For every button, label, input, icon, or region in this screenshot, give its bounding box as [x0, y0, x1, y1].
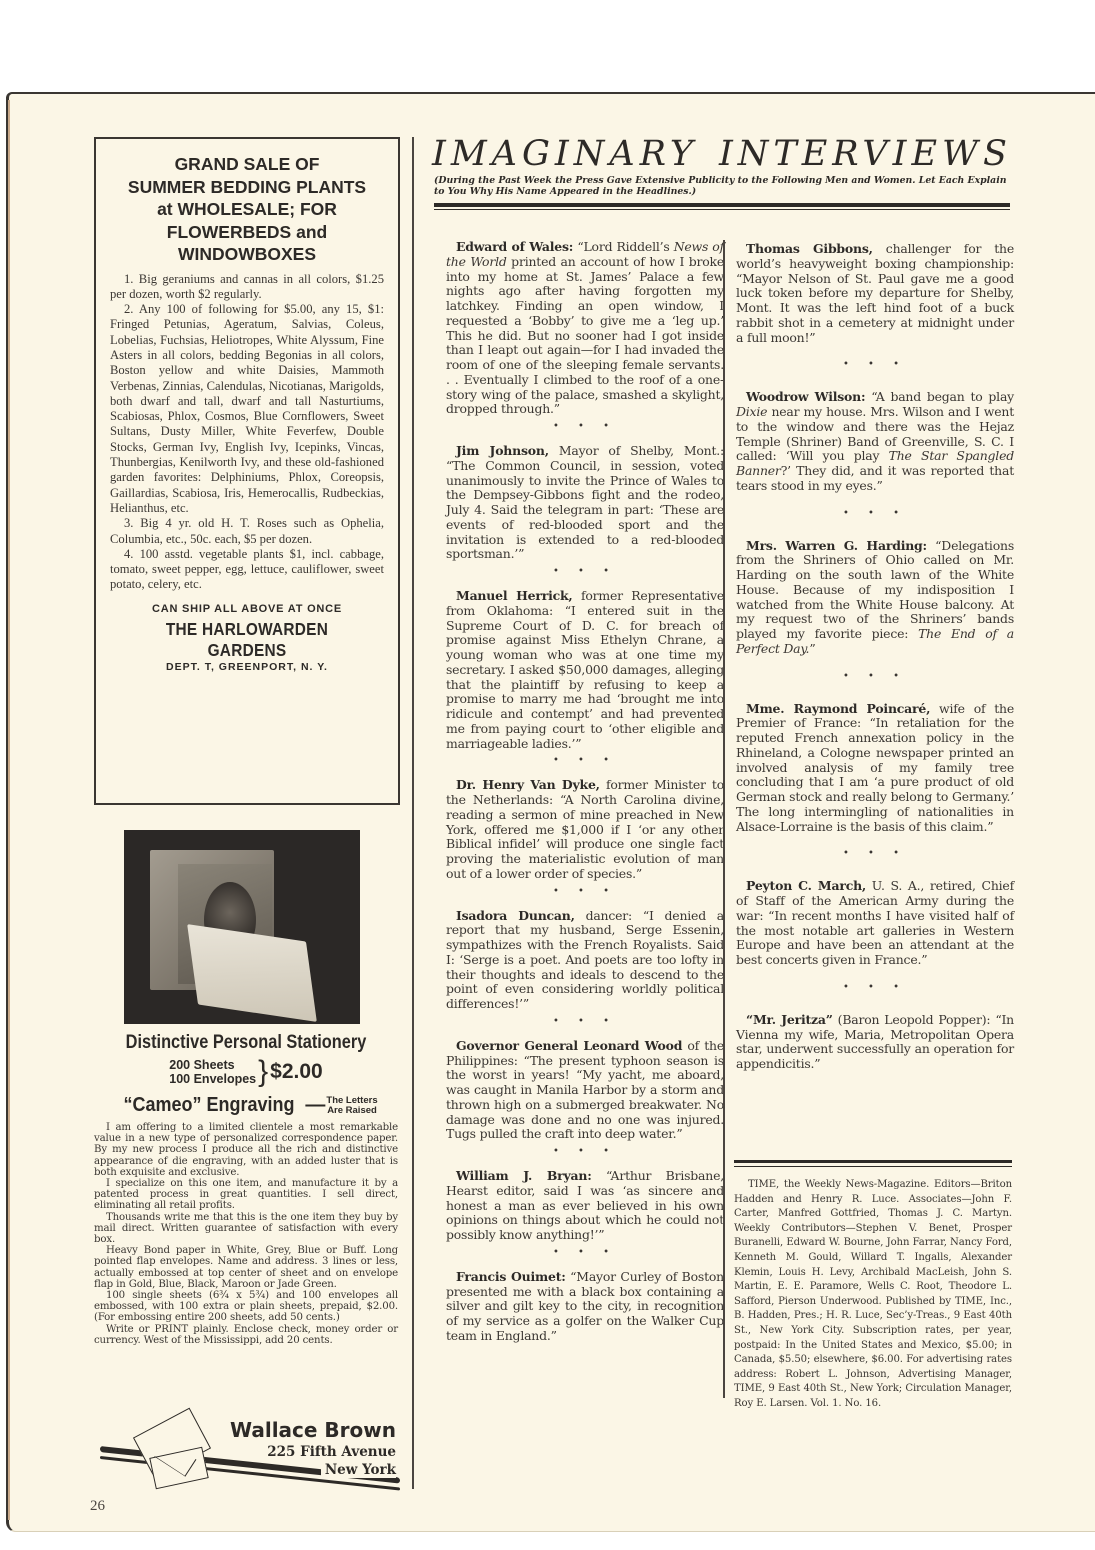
page-number: 26: [90, 1498, 105, 1515]
ad-plants-item: 3. Big 4 yr. old H. T. Roses such as Oph…: [110, 516, 384, 547]
quantity-list: 200 Sheets 100 Envelopes: [169, 1058, 256, 1086]
ad-stationery-paragraph: 100 single sheets (6¾ x 5¾) and 100 enve…: [94, 1290, 398, 1324]
interview-entry: Woodrow Wilson: “A band began to play Di…: [736, 390, 1014, 493]
separator-dots: • • •: [446, 1247, 724, 1258]
masthead-imprint: TIME, the Weekly News-Magazine. Editors—…: [734, 1178, 1012, 1412]
ad-plants-title-line: at WHOLESALE; FOR: [110, 198, 384, 221]
header-rule: [434, 209, 1010, 210]
cameo-engraving-heading: “Cameo” Engraving: [124, 1094, 295, 1117]
stationery-box-photo: [124, 830, 360, 1024]
letters-raised-line: Are Raised: [326, 1106, 377, 1116]
ad-plants-ship-line: CAN SHIP ALL ABOVE AT ONCE: [110, 603, 384, 615]
interview-entry: Thomas Gibbons, challenger for the world…: [736, 242, 1014, 345]
ad-plants-body: 1. Big geraniums and cannas in all color…: [110, 272, 384, 593]
ad-stationery-body: I am offering to a limited clientele a m…: [94, 1122, 398, 1346]
letters-raised-note: The Letters Are Raised: [326, 1096, 377, 1116]
ad-plants-firm: THE HARLOWARDEN GARDENS: [126, 619, 367, 661]
ad-plants-title-line: FLOWERBEDS and: [110, 221, 384, 244]
ad-plants-address: DEPT. T, GREENPORT, N. Y.: [110, 661, 384, 673]
interview-entry: Manuel Herrick, former Representative fr…: [446, 589, 724, 751]
feature-title: IMAGINARY INTERVIEWS: [432, 134, 1012, 174]
interview-text: dancer: “I denied a report that my husba…: [446, 908, 724, 1012]
page-spine-edge: [8, 100, 10, 1520]
letters-raised-line: The Letters: [326, 1096, 377, 1106]
ad-stationery-title: Distinctive Personal Stationery: [117, 1032, 375, 1054]
logo-name: Wallace Brown: [226, 1418, 396, 1442]
interview-italic-title: Dixie: [736, 404, 767, 419]
interview-entry: Edward of Wales: “Lord Riddell’s News of…: [446, 240, 724, 417]
interview-text: Mayor of Shelby, Mont.: “The Common Coun…: [446, 443, 724, 561]
interview-text: of the Philippines: “The present typhoon…: [446, 1038, 724, 1142]
interviewee-name: Mrs. Warren G. Harding:: [746, 538, 927, 553]
ad-plants-title-line: WINDOWBOXES: [110, 243, 384, 266]
interviewee-name: Isadora Duncan,: [456, 908, 575, 923]
interview-text: former Minister to the Netherlands: “A N…: [446, 777, 724, 881]
ad-plants-item: 1. Big geraniums and cannas in all color…: [110, 272, 384, 303]
interviewee-name: Manuel Herrick,: [456, 588, 573, 603]
envelope-icon: [149, 1447, 208, 1490]
logo-street: 225 Fifth Avenue: [263, 1444, 396, 1460]
interview-entry: Peyton C. March, U. S. A., retired, Chie…: [736, 879, 1014, 968]
interviewee-name: Woodrow Wilson:: [746, 389, 865, 404]
interviewee-name: Governor General Leonard Wood: [456, 1038, 682, 1053]
interviews-column-right: Thomas Gibbons, challenger for the world…: [736, 242, 1014, 1072]
interviewee-name: Peyton C. March,: [746, 878, 866, 893]
separator-dots: • • •: [736, 508, 1014, 519]
column-divider: [723, 240, 725, 1398]
column-divider: [412, 137, 414, 1489]
feature-subtitle: (During the Past Week the Press Gave Ext…: [434, 176, 1012, 197]
interviewee-name: Jim Johnson,: [456, 443, 549, 458]
ad-plants-title: GRAND SALE OF SUMMER BEDDING PLANTS at W…: [110, 153, 384, 266]
interviews-column-middle: Edward of Wales: “Lord Riddell’s News of…: [446, 240, 724, 1344]
price: $2.00: [270, 1060, 323, 1084]
separator-dots: • • •: [446, 886, 724, 897]
ad-plants-item: 4. 100 asstd. vegetable plants $1, incl.…: [110, 547, 384, 593]
feature-title-word: INTERVIEWS: [719, 134, 1012, 174]
interview-text: “Lord Riddell’s: [573, 239, 674, 254]
separator-dots: • • •: [736, 359, 1014, 370]
imprint-text: TIME, the Weekly News-Magazine. Editors—…: [734, 1178, 1012, 1412]
ad-stationery-paragraph: Thousands write me that this is the one …: [94, 1212, 398, 1246]
ad-plants-item: 2. Any 100 of following for $5.00, any 1…: [110, 302, 384, 516]
interview-text: challenger for the world’s heavyweight b…: [736, 241, 1014, 345]
interview-entry: William J. Bryan: “Arthur Brisbane, Hear…: [446, 1169, 724, 1243]
interview-entry: Mme. Raymond Poincaré, wife of the Premi…: [736, 702, 1014, 835]
ad-stationery-paragraph: Write or PRINT plainly. Enclose check, m…: [94, 1324, 398, 1346]
separator-dots: • • •: [446, 1016, 724, 1027]
interview-text: ”: [809, 641, 815, 656]
imprint-rule: [734, 1160, 1012, 1163]
ad-bedding-plants: GRAND SALE OF SUMMER BEDDING PLANTS at W…: [94, 137, 400, 805]
separator-dots: • • •: [736, 982, 1014, 993]
separator-dots: • • •: [446, 566, 724, 577]
ad-stationery-paragraph: I am offering to a limited clientele a m…: [94, 1122, 398, 1178]
separator-dots: • • •: [446, 1146, 724, 1157]
quantity-envelopes: 100 Envelopes: [169, 1072, 256, 1086]
interview-entry: Jim Johnson, Mayor of Shelby, Mont.: “Th…: [446, 444, 724, 562]
interview-entry: Governor General Leonard Wood of the Phi…: [446, 1039, 724, 1142]
interview-text: printed an account of how I broke into m…: [446, 254, 724, 417]
interviewee-name: Dr. Henry Van Dyke,: [456, 777, 600, 792]
envelope-stack-illustration: [187, 924, 317, 1022]
logo-city: New York: [321, 1462, 396, 1478]
ad-plants-title-line: GRAND SALE OF: [110, 153, 384, 176]
ad-stationery-price-block: 200 Sheets 100 Envelopes } $2.00: [96, 1058, 396, 1086]
quantity-sheets: 200 Sheets: [169, 1058, 256, 1072]
interviewee-name: Mme. Raymond Poincaré,: [746, 701, 930, 716]
interview-entry: Francis Ouimet: “Mayor Curley of Boston …: [446, 1270, 724, 1344]
interviewee-name: Edward of Wales:: [456, 239, 573, 254]
ad-stationery-cameo-line: “Cameo” Engraving — The Letters Are Rais…: [96, 1094, 396, 1117]
interviewee-name: William J. Bryan:: [456, 1168, 592, 1183]
interview-entry: “Mr. Jeritza” (Baron Leopold Popper): “I…: [736, 1013, 1014, 1072]
interviewee-name: Francis Ouimet:: [456, 1269, 566, 1284]
interview-entry: Mrs. Warren G. Harding: “Delegations fro…: [736, 539, 1014, 657]
interview-entry: Isadora Duncan, dancer: “I denied a repo…: [446, 909, 724, 1012]
separator-dots: • • •: [446, 755, 724, 766]
interview-text: wife of the Premier of France: “In retal…: [736, 701, 1014, 834]
interview-text: “A band began to play: [865, 389, 1014, 404]
interview-text: former Representative from Oklahoma: “I …: [446, 588, 724, 751]
header-rule: [434, 203, 1010, 207]
interview-entry: Dr. Henry Van Dyke, former Minister to t…: [446, 778, 724, 881]
ad-stationery-paragraph: Heavy Bond paper in White, Grey, Blue or…: [94, 1245, 398, 1290]
ad-plants-title-line: SUMMER BEDDING PLANTS: [110, 176, 384, 199]
separator-dots: • • •: [446, 421, 724, 432]
brace-icon: }: [258, 1058, 268, 1086]
interviewee-name: “Mr. Jeritza”: [746, 1012, 833, 1027]
wallace-brown-logo: Wallace Brown 225 Fifth Avenue New York: [100, 1418, 400, 1484]
interviewee-name: Thomas Gibbons,: [746, 241, 873, 256]
separator-dots: • • •: [736, 671, 1014, 682]
em-dash: —: [305, 1094, 325, 1117]
separator-dots: • • •: [736, 848, 1014, 859]
feature-title-word: IMAGINARY: [432, 134, 698, 174]
imprint-rule: [734, 1166, 1012, 1167]
ad-stationery-paragraph: I specialize on this one item, and manuf…: [94, 1178, 398, 1212]
